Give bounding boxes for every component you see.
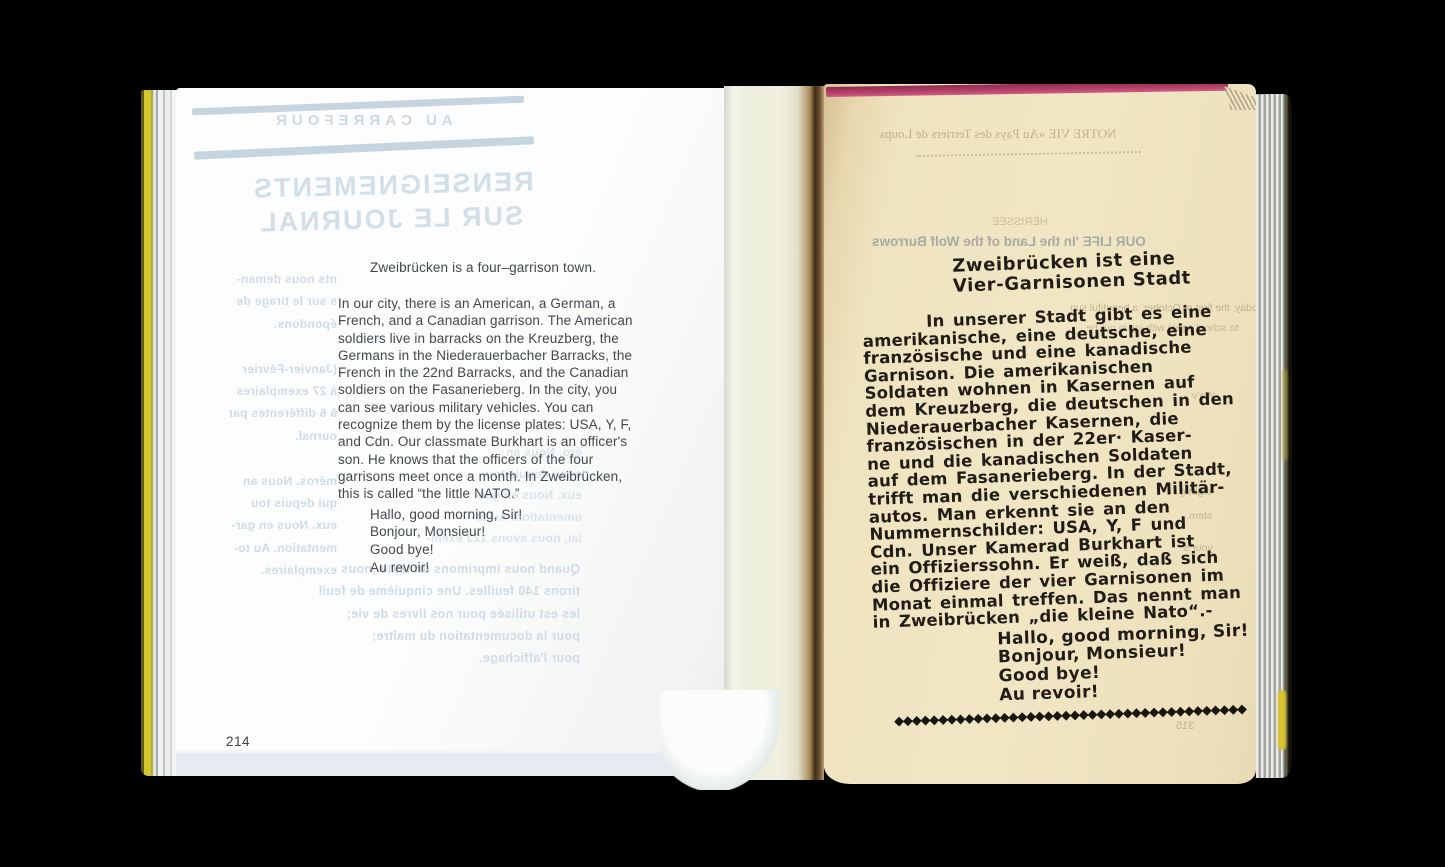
text-line: recognize them by the license plates: US… (338, 416, 638, 433)
right-page: NOTRE VIE «Au Pays des Terriers de Loups… (824, 84, 1256, 784)
text-line: méros. Nous an (203, 470, 337, 492)
text-line: ournal. (203, 425, 337, 447)
text-line: can see various military vehicles. You c… (338, 399, 638, 416)
bleed-title-1: RENSEIGNEMENTS (252, 166, 534, 204)
text-line: pour l'affichage. (330, 647, 580, 669)
german-heading: Zweibrücken ist eineVier-Garnisonen Stad… (952, 247, 1227, 297)
bleed-squiggle-rule (916, 148, 1141, 157)
page-number-left: 214 (226, 734, 250, 749)
text-line: s sur le tirage de (203, 290, 337, 312)
german-signoff: Hallo, good morning, Sir!Bonjour, Monsie… (997, 622, 1241, 706)
english-text-block: Zweibrücken is a four–garrison town. In … (338, 260, 638, 576)
text-line: Hallo, good morning, Sir! (370, 506, 638, 524)
text-line: soldiers live in barracks on the Kreuzbe… (338, 330, 638, 347)
text-line: garrisons meet once a month. In Zweibrüc… (338, 468, 638, 485)
book-gutter (724, 86, 824, 780)
bleed-french-title: NOTRE VIE «Au Pays des Terriers de Loups (880, 126, 1117, 142)
text-line: this is called “the little NATO.” (338, 485, 638, 502)
magenta-top-edge (826, 84, 1228, 97)
english-heading: Zweibrücken is a four–garrison town. (370, 260, 638, 275)
bleed-english-title: OUR LIFE 'In the Land of the Wolf Burrow… (872, 234, 1146, 249)
text-line: à 27 exemplaires (203, 380, 337, 402)
gutter-page-curl (660, 690, 780, 790)
bleed-masthead: AU CARREFOUR (271, 112, 453, 129)
german-body: In unserer Stadt gibt es eineamerikanisc… (862, 302, 1239, 631)
text-line: eux. Nous en gar- (203, 514, 337, 536)
text-line: In our city, there is an American, a Ger… (338, 295, 638, 312)
text-line: nts nous deman- (203, 268, 337, 290)
book-photo: AU CARREFOUR RENSEIGNEMENTS SUR LE JOURN… (0, 0, 1445, 867)
text-line: and Cdn. Our classmate Burkhart is an of… (338, 433, 638, 450)
text-line (203, 447, 337, 469)
yellow-edge-mark-mid (1282, 370, 1287, 460)
left-page-edge-stack (138, 90, 178, 776)
left-page: AU CARREFOUR RENSEIGNEMENTS SUR LE JOURN… (176, 88, 724, 776)
text-line (203, 335, 337, 357)
text-line: mentation. Au to- (203, 537, 337, 559)
bleed-left-column: nts nous deman-s sur le tirage deépondon… (203, 268, 337, 582)
text-line: tirons 140 feuilles. Une cinquième de fe… (330, 580, 580, 602)
text-line: qui depuis tou (203, 492, 337, 514)
english-signoff: Hallo, good morning, Sir!Bonjour, Monsie… (370, 506, 638, 577)
text-line: Au revoir! (370, 559, 638, 577)
text-line: Bonjour, Monsieur! (370, 523, 638, 541)
text-line: épondons. (203, 313, 337, 335)
text-line: les est utilisée pour nos livres de vie; (330, 603, 580, 625)
text-line: à 6 différentes par (203, 402, 337, 424)
text-line: French in the 22nd Barracks, and the Can… (338, 364, 638, 381)
bleed-page-number-right: 315 (1176, 720, 1194, 732)
text-line: Good bye! (370, 541, 638, 559)
bleed-word-fragment: HÉRISSÉE (992, 216, 1048, 228)
text-line: son. He knows that the officers of the f… (338, 451, 638, 468)
left-page-bottom-edges (176, 753, 724, 776)
text-line: exemplaires. (203, 559, 337, 581)
german-text-block: Zweibrücken ist eineVier-Garnisonen Stad… (860, 247, 1242, 729)
text-line: pour la documentation du maître; (330, 625, 580, 647)
text-line: (Janvier-Février (203, 358, 337, 380)
english-body: In our city, there is an American, a Ger… (338, 295, 638, 503)
text-line: Germans in the Niederauerbacher Barracks… (338, 347, 638, 364)
text-line: French, and a Canadian garrison. The Ame… (338, 312, 638, 329)
bleed-title-2: SUR LE JOURNAL (258, 201, 524, 239)
text-line: soldiers on the Fasanerieberg. In the ci… (338, 381, 638, 398)
top-right-corner-edges (1224, 84, 1256, 110)
bleed-rule-bottom (194, 136, 534, 159)
yellow-edge-mark-bottom (1278, 690, 1286, 750)
